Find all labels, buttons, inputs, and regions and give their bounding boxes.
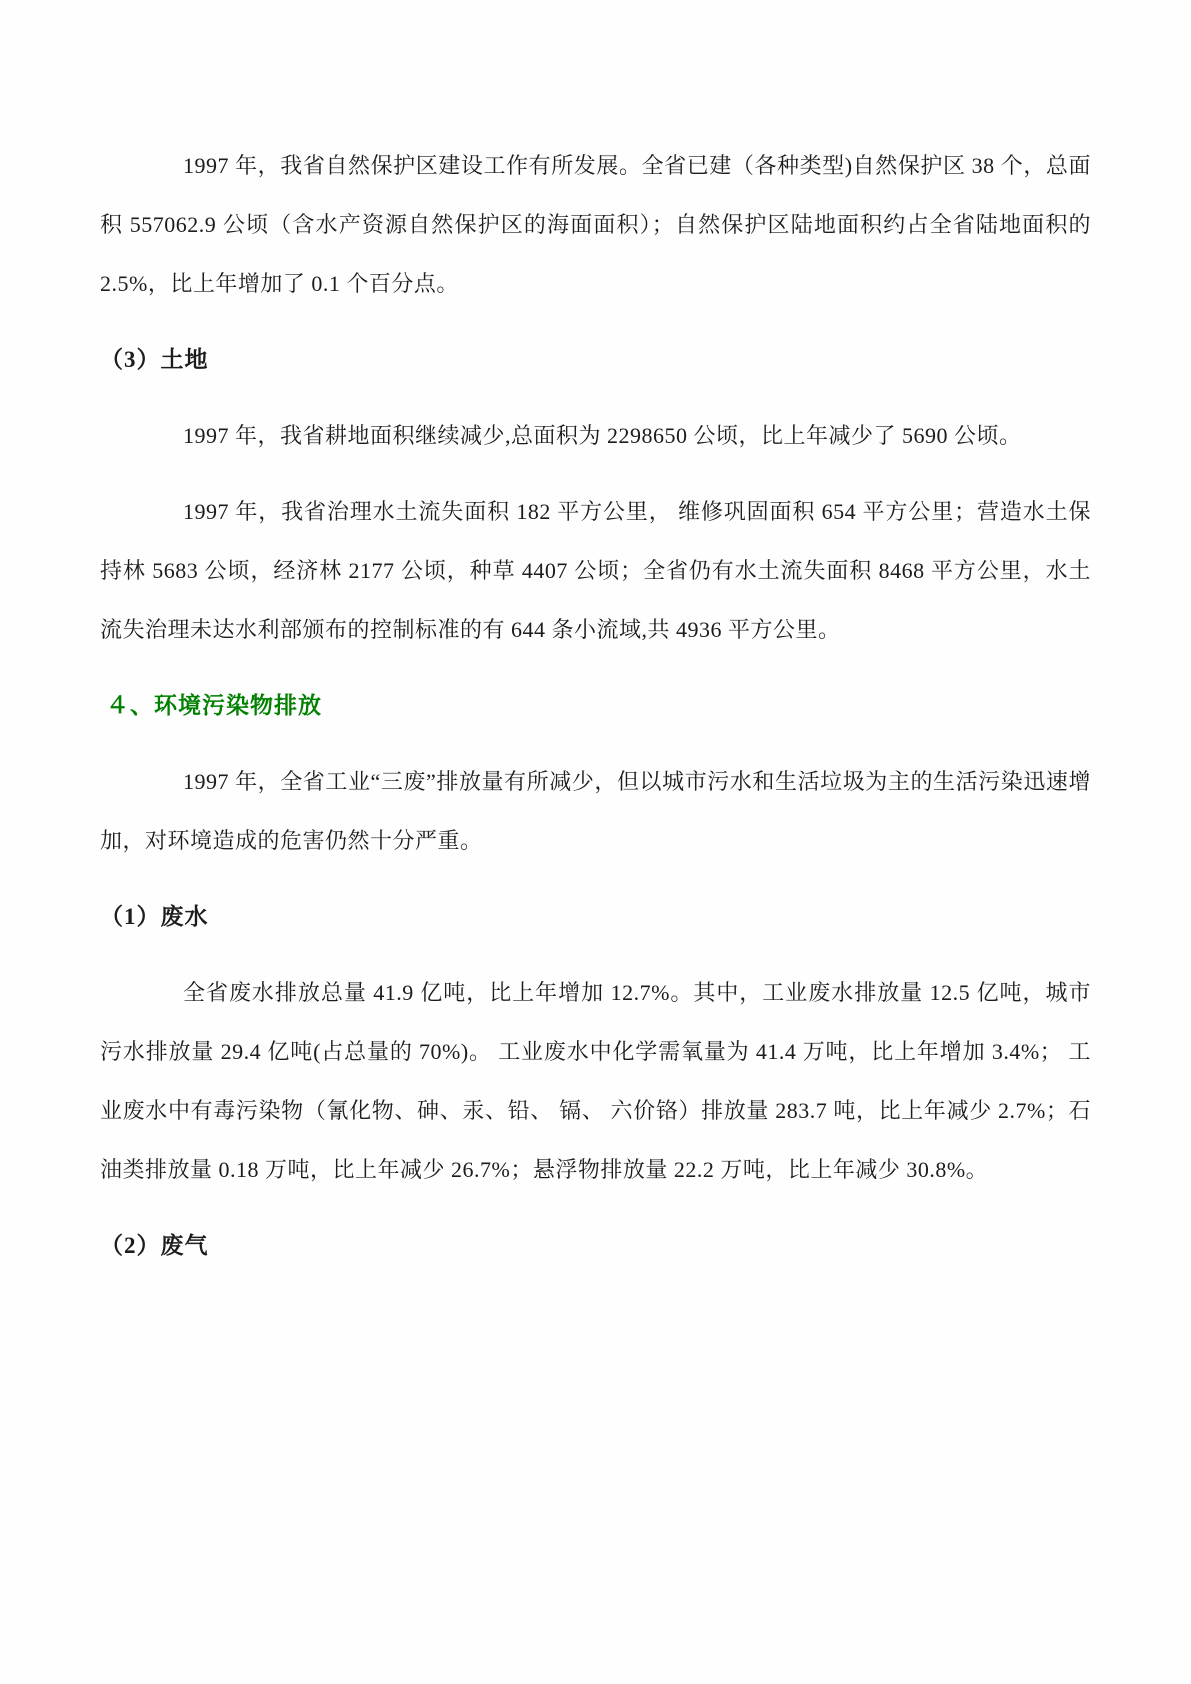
paragraph-waste-water-stats: 全省废水排放总量 41.9 亿吨，比上年增加 12.7%。其中，工业废水排放量 … bbox=[100, 963, 1091, 1199]
heading-pollutant-discharge: ４、环境污染物排放 bbox=[106, 676, 1091, 735]
paragraph-soil-erosion: 1997 年，我省治理水土流失面积 182 平方公里， 维修巩固面积 654 平… bbox=[100, 482, 1091, 659]
paragraph-nature-reserves: 1997 年，我省自然保护区建设工作有所发展。全省已建（各种类型)自然保护区 3… bbox=[100, 136, 1091, 313]
heading-land: （3）土地 bbox=[100, 330, 1091, 389]
paragraph-three-wastes-overview: 1997 年，全省工业“三废”排放量有所减少，但以城市污水和生活垃圾为主的生活污… bbox=[100, 752, 1091, 870]
heading-waste-water: （1）废水 bbox=[100, 887, 1091, 946]
document-page: 1997 年，我省自然保护区建设工作有所发展。全省已建（各种类型)自然保护区 3… bbox=[0, 0, 1191, 1684]
heading-waste-gas: （2）废气 bbox=[100, 1216, 1091, 1275]
paragraph-cultivated-land: 1997 年，我省耕地面积继续减少,总面积为 2298650 公顷，比上年减少了… bbox=[100, 406, 1091, 465]
document-content: 1997 年，我省自然保护区建设工作有所发展。全省已建（各种类型)自然保护区 3… bbox=[100, 136, 1091, 1275]
